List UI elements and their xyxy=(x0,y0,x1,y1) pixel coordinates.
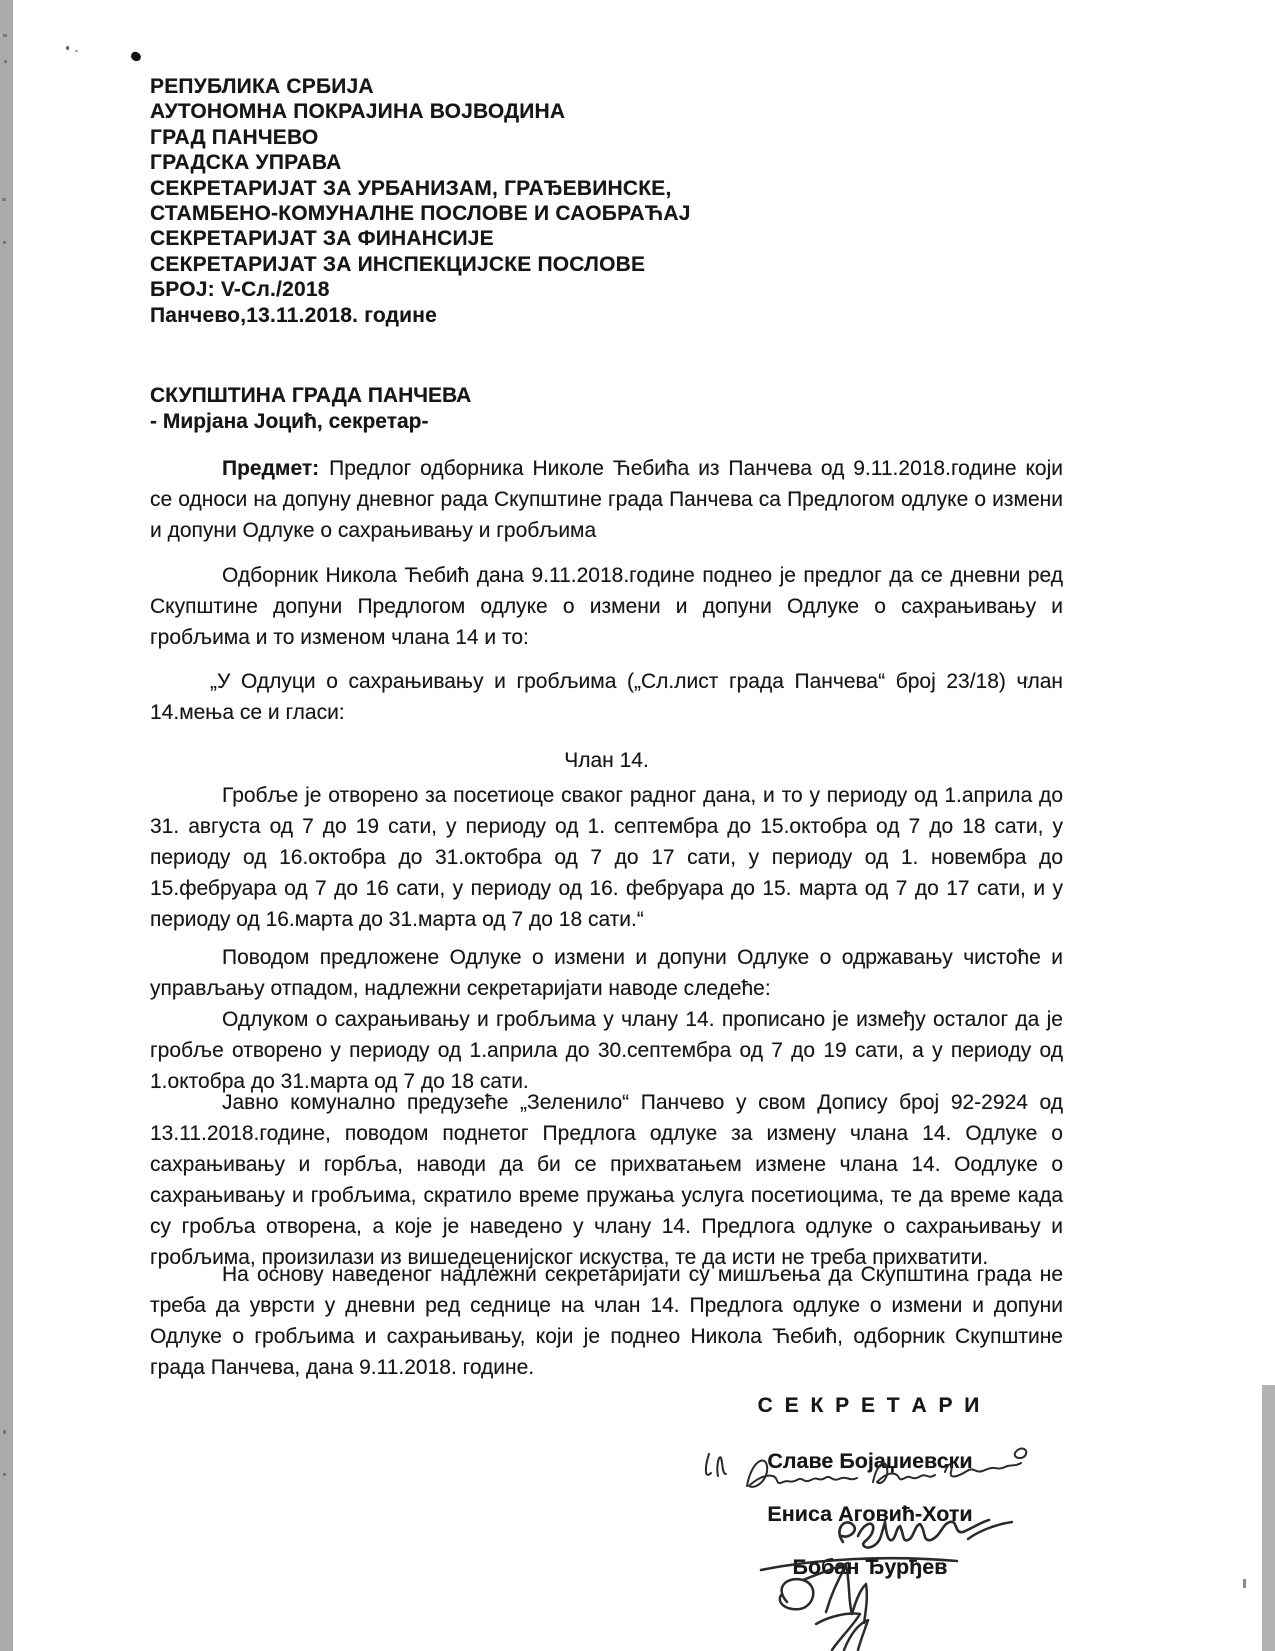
subject-label: Предмет: xyxy=(222,457,319,480)
paragraph-proposal: Одборник Никола Ћебић дана 9.11.2018.год… xyxy=(150,560,1063,653)
ink-speck xyxy=(1243,1579,1246,1588)
paragraph-decision: Одлуком о сахрањивању и гробљима у члану… xyxy=(150,1004,1063,1097)
scan-tick xyxy=(2,198,6,201)
recipient-block: СКУПШТИНА ГРАДА ПАНЧЕВА - Мирјана Јоцић,… xyxy=(150,383,471,435)
recipient-assembly: СКУПШТИНА ГРАДА ПАНЧЕВА xyxy=(150,383,471,409)
paragraph-zelenilo-opinion: Јавно комунално предузеће „Зеленило“ Пан… xyxy=(150,1087,1063,1273)
scan-tick xyxy=(3,34,7,37)
letterhead-line-secretariat-inspection: СЕКРЕТАРИЈАТ ЗА ИНСПЕКЦИЈСКЕ ПОСЛОВЕ xyxy=(150,252,691,277)
handwritten-signature-1 xyxy=(695,1440,1040,1502)
scan-edge-left xyxy=(0,0,13,1651)
letterhead-line-number: БРОЈ: V-Сл./2018 xyxy=(150,277,691,302)
scanned-document-page: РЕПУБЛИКА СРБИЈА АУТОНОМНА ПОКРАЈИНА ВОЈ… xyxy=(0,0,1275,1651)
scan-tick xyxy=(3,1473,6,1476)
handwritten-signature-3 xyxy=(755,1550,967,1651)
ink-speck xyxy=(130,51,142,63)
paragraph-quote-intro: „У Одлуци о сахрањивању и гробљима („Сл.… xyxy=(150,666,1063,728)
letterhead-line-republic: РЕПУБЛИКА СРБИЈА xyxy=(150,74,691,99)
ink-speck xyxy=(75,50,78,52)
letterhead-line-province: АУТОНОМНА ПОКРАЈИНА ВОЈВОДИНА xyxy=(150,99,691,124)
letterhead-line-secretariat-urbanism-1: СЕКРЕТАРИЈАТ ЗА УРБАНИЗАМ, ГРАЂЕВИНСКЕ, xyxy=(150,176,691,201)
ink-speck xyxy=(66,46,69,50)
letterhead-line-city: ГРАД ПАНЧЕВО xyxy=(150,125,691,150)
letterhead-line-date: Панчево,13.11.2018. године xyxy=(150,303,691,328)
letterhead-line-administration: ГРАДСКА УПРАВА xyxy=(150,150,691,175)
scan-edge-right xyxy=(1262,1385,1275,1651)
letterhead: РЕПУБЛИКА СРБИЈА АУТОНОМНА ПОКРАЈИНА ВОЈ… xyxy=(150,74,691,328)
scan-tick xyxy=(4,60,7,63)
paragraph-article-text: Гробље је отворено за посетиоце сваког р… xyxy=(150,780,1063,935)
scan-tick xyxy=(3,1430,6,1434)
paragraph-conclusion: На основу наведеног надлежни секретарија… xyxy=(150,1259,1063,1383)
subject-paragraph: Предмет:Предлог одборника Николе Ћебића … xyxy=(150,453,1063,546)
letterhead-line-secretariat-urbanism-2: СТАМБЕНО-КОМУНАЛНЕ ПОСЛОВЕ И САОБРАЋАЈ xyxy=(150,201,691,226)
recipient-secretary: - Мирјана Јоцић, секретар- xyxy=(150,409,471,435)
letterhead-line-secretariat-finance: СЕКРЕТАРИЈАТ ЗА ФИНАНСИЈЕ xyxy=(150,226,691,251)
article-heading: Члан 14. xyxy=(150,749,1063,773)
paragraph-regarding: Поводом предложене Одлуке о измени и доп… xyxy=(150,942,1063,1004)
scan-tick xyxy=(3,241,6,244)
signatures-title: С Е К Р Е Т А Р И xyxy=(700,1394,1040,1418)
